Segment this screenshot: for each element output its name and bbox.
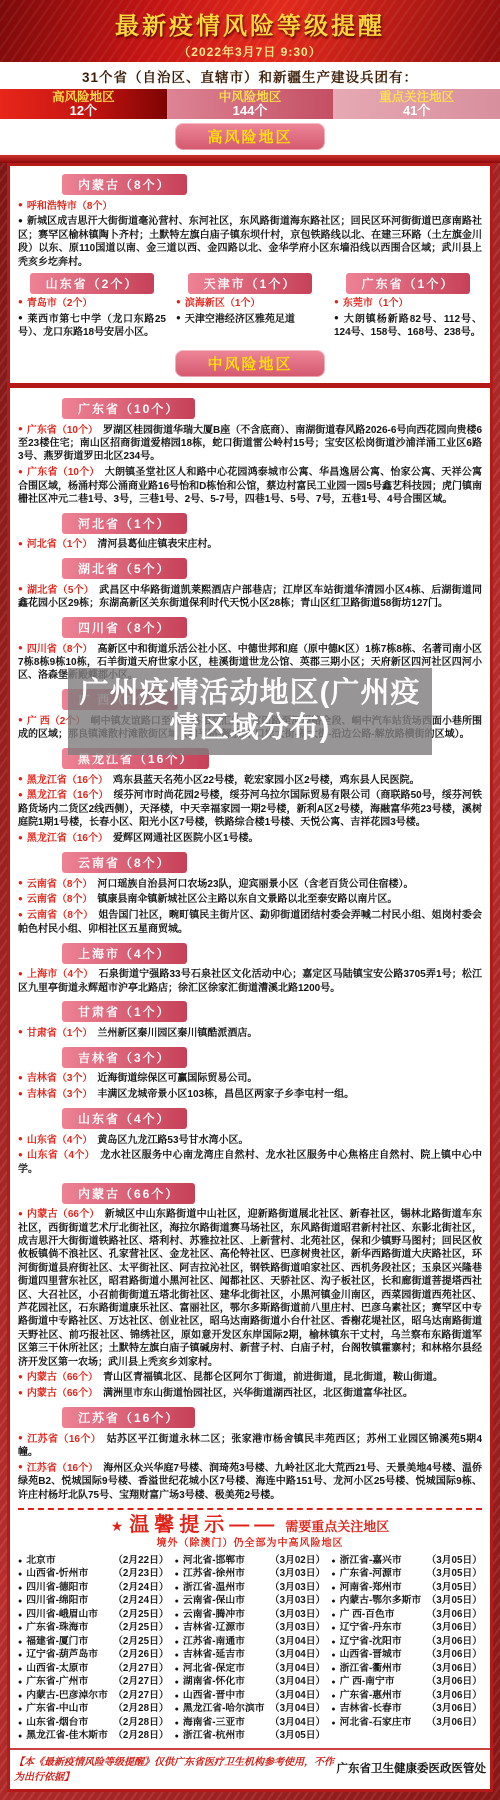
notice-entry: ● 北京市 （2月22日） — [18, 1554, 169, 1568]
notice-entry: ● 河北省-邯郸市 （3月02日） — [175, 1554, 326, 1568]
notice-region: 四川省-峨眉山市 — [26, 1608, 98, 1622]
notice-title: 温馨提示—— — [129, 1514, 279, 1536]
city-list: ●甘肃省（1个） 兰州新区秦川园区秦川镇酷派酒店。 — [18, 1027, 482, 1040]
city-list: ●上海市（4个） 石泉街道宁强路33号石泉社区文化活动中心；嘉定区马陆镇宝安公路… — [18, 968, 482, 995]
notice-date: （3月06日） — [426, 1648, 482, 1662]
city-detail-line: ●大朗镇杨新路82号、112号、124号、158号、168号、238号。 — [334, 313, 482, 340]
notice-region: 广东省-珠海市 — [26, 1621, 88, 1635]
notice-region: 四川省-绵阳市 — [26, 1594, 88, 1608]
bullet-icon: ● — [331, 1557, 335, 1567]
province-section: 江苏省（16个） ●江苏省（16个） 姑苏区平江街道永林二区；张家港市杨舍镇民丰… — [18, 1403, 482, 1502]
notice-entry: ● 河北省-保定市 （3月04日） — [175, 1662, 326, 1676]
poster-header: 最新疫情风险等级提醒 （2022年3月7日 9:30） — [0, 0, 500, 62]
notice-region: 广东省-中山市 — [26, 1702, 88, 1716]
city-entry: ●湖北省（5个） 武昌区中华路街道凯莱熙酒店户部巷店；江岸区车站街道华清园小区4… — [18, 584, 482, 611]
city-list: ●湖北省（5个） 武昌区中华路街道凯莱熙酒店户部巷店；江岸区车站街道华清园小区4… — [18, 584, 482, 611]
notice-entry: ● 浙江省-杭州市 （3月05日） — [175, 1729, 326, 1743]
notice-entry: ● 山西省-晋城市 （3月06日） — [331, 1648, 482, 1662]
province-section: 黑龙江省（16个） ●黑龙江省（16个） 鸡东县蓝天名苑小区22号楼，乾宏家园小… — [18, 744, 482, 845]
city-entry: ●吉林省（3个） 近海街道综保区可赢国际贸易公司。 — [18, 1072, 482, 1085]
city-name: 云南省（8个） — [27, 894, 88, 905]
notice-region: 山西省-太原市 — [26, 1662, 88, 1676]
notice-section: ★温馨提示——需要重点关注地区 境外（除澳门）仍全部为中高风险地区 ● 北京市 … — [18, 1508, 482, 1743]
city-name: 吉林省（3个） — [27, 1073, 88, 1084]
city-entry: ●内蒙古（66个） 新城区中山东路街道中山社区，迎新路街道展北社区、新春社区，锡… — [18, 1208, 482, 1369]
bullet-icon: ● — [175, 1678, 179, 1688]
high-risk-columns: 山东省（2个） ●青岛市（2个） ●莱西市第七中学（龙口东路25号）、龙口东路1… — [18, 273, 482, 342]
bullet-icon: ● — [18, 833, 23, 842]
notice-region: 海南省-三亚市 — [183, 1716, 245, 1730]
bullet-icon: ● — [175, 1557, 179, 1567]
bullet-icon: ● — [18, 1611, 22, 1621]
bullet-icon: ● — [18, 790, 23, 799]
bullet-icon: ● — [18, 1597, 22, 1607]
notice-entry: ● 广 西-南宁市 （3月06日） — [331, 1675, 482, 1689]
notice-date: （3月05日） — [426, 1594, 482, 1608]
bullet-icon: ● — [331, 1584, 335, 1594]
city-detail-line: ●新城区成吉思汗大街街道毫沁营村、东河社区，东风路街道海东路社区；回民区环河街街… — [18, 215, 482, 269]
bullet-icon: ● — [334, 313, 340, 322]
notice-date: （3月04日） — [270, 1702, 326, 1716]
bullet-icon: ● — [18, 1705, 22, 1715]
bullet-icon: ● — [175, 1638, 179, 1648]
bullet-icon: ● — [18, 1584, 22, 1594]
bullet-icon: ● — [18, 1134, 23, 1143]
province-header: 江苏省（16个） — [62, 1407, 195, 1428]
notice-region: 黑龙江省-佳木斯市 — [26, 1729, 108, 1743]
notice-date: （3月05日） — [426, 1567, 482, 1581]
poster-date: （2022年3月7日 9:30） — [0, 43, 500, 60]
high-risk-column: 天津市（1个） ●滨海新区（1个） ●天津空港经济区雅苑足道 — [176, 273, 324, 342]
notice-entry: ● 河北省-石家庄市 （3月06日） — [331, 1716, 482, 1730]
bullet-icon: ● — [18, 1624, 22, 1634]
city-detail: 黄岛区九龙江路53号甘水湾小区。 — [97, 1135, 248, 1146]
city-name: 呼和浩特市（8个） — [27, 201, 113, 212]
notice-column: ● 浙江省-嘉兴市 （3月05日） ● 广东省-河源市 （3月05日） ● 河南… — [331, 1554, 482, 1743]
bullet-icon: ● — [18, 1638, 22, 1648]
stat-label: 重点关注地区 — [379, 91, 454, 104]
city-detail: 大朗镇杨新路82号、112号、124号、158号、168号、238号。 — [334, 314, 482, 338]
city-list: ●云南省（8个） 河口瑶族自治县河口农场23队，迎宾丽景小区（含老百货公司住宿楼… — [18, 878, 482, 937]
notice-region: 辽宁省-沈阳市 — [340, 1635, 402, 1649]
footer-org: 广东省卫生健康委医政医管处 — [337, 1760, 487, 1776]
bullet-icon: ● — [18, 1073, 23, 1082]
notice-region: 内蒙古-巴彦淖尔市 — [26, 1689, 108, 1703]
city-detail: 满洲里市东山街道怡园社区，兴华街道湖西社区，北区街道富华社区。 — [103, 1388, 413, 1399]
city-list: ●江苏省（16个） 姑苏区平江街道永林二区；张家港市杨舍镇民丰苑西区；苏州工业园… — [18, 1433, 482, 1502]
notice-region: 湖南省-怀化市 — [183, 1675, 245, 1689]
city-entry: ●甘肃省（1个） 兰州新区秦川园区秦川镇酷派酒店。 — [18, 1027, 482, 1040]
notice-date: （2月27日） — [113, 1689, 169, 1703]
notice-date: （3月02日） — [270, 1554, 326, 1568]
province-header: 山东省（2个） — [30, 273, 155, 294]
province-header: 甘肃省（1个） — [62, 1001, 187, 1022]
notice-date: （3月04日） — [270, 1675, 326, 1689]
notice-entry: ● 黑龙江省-哈尔滨市 （3月04日） — [175, 1702, 326, 1716]
notice-region: 云南省-保山市 — [183, 1594, 245, 1608]
city-name: 滨海新区（1个） — [185, 298, 261, 309]
city-list: ●内蒙古（66个） 新城区中山东路街道中山社区，迎新路街道展北社区、新春社区，锡… — [18, 1208, 482, 1400]
notice-date: （2月25日） — [113, 1608, 169, 1622]
city-name: 四川省（8个） — [27, 644, 88, 655]
notice-date: （2月28日） — [113, 1702, 169, 1716]
city-entry: ●内蒙古（66个） 满洲里市东山街道怡园社区，兴华街道湖西社区，北区街道富华社区… — [18, 1387, 482, 1400]
bullet-icon: ● — [331, 1705, 335, 1715]
province-header: 天津市（1个） — [188, 273, 313, 294]
notice-region: 广 西-南宁市 — [340, 1675, 395, 1689]
bullet-icon: ● — [18, 1570, 22, 1580]
province-name: 吉林省（3个） — [78, 1051, 171, 1065]
notice-entry: ● 江苏省-南通市 （3月04日） — [175, 1635, 326, 1649]
province-header: 云南省（8个） — [62, 852, 187, 873]
city-name: 云南省（8个） — [27, 879, 88, 890]
bullet-icon: ● — [334, 297, 339, 306]
bullet-icon: ● — [175, 1692, 179, 1702]
city-detail: 河口瑶族自治县河口农场23队，迎宾丽景小区（含老百货公司住宿楼）。 — [97, 879, 413, 890]
poster-title: 最新疫情风险等级提醒 — [0, 6, 500, 41]
city-list: ●吉林省（3个） 近海街道综保区可赢国际贸易公司。 ●吉林省（3个） 丰满区龙城… — [18, 1072, 482, 1101]
notice-region: 江苏省-徐州市 — [183, 1567, 245, 1581]
province-name: 四川省（8个） — [78, 621, 171, 635]
bullet-icon: ● — [18, 1388, 23, 1397]
bullet-icon: ● — [175, 1611, 179, 1621]
notice-header: ★温馨提示——需要重点关注地区 境外（除澳门）仍全部为中高风险地区 — [18, 1514, 482, 1550]
notice-entry: ● 广 西-百色市 （3月06日） — [331, 1608, 482, 1622]
stat-medium-risk: 中风险地区 144个 — [167, 89, 334, 119]
notice-column: ● 河北省-邯郸市 （3月02日） ● 江苏省-徐州市 （3月03日） ● 浙江… — [175, 1554, 326, 1743]
notice-date: （3月06日） — [426, 1716, 482, 1730]
province-name: 河北省（1个） — [78, 517, 171, 531]
city-list: ●山东省（4个） 黄岛区九龙江路53号甘水湾小区。 ●山东省（4个） 龙水社区服… — [18, 1134, 482, 1177]
province-name: 天津市（1个） — [204, 277, 297, 291]
notice-region: 河北省-邯郸市 — [183, 1554, 245, 1568]
bullet-icon: ● — [175, 1651, 179, 1661]
notice-rows: ● 河北省-邯郸市 （3月02日） ● 江苏省-徐州市 （3月03日） ● 浙江… — [175, 1554, 326, 1743]
notice-region: 广东省-河源市 — [340, 1567, 402, 1581]
notice-region: 黑龙江省-哈尔滨市 — [183, 1702, 265, 1716]
notice-entry: ● 山西省-忻州市 （2月23日） — [18, 1567, 169, 1581]
province-name: 广东省（10个） — [78, 402, 179, 416]
notice-rows: ● 浙江省-嘉兴市 （3月05日） ● 广东省-河源市 （3月05日） ● 河南… — [331, 1554, 482, 1730]
bullet-icon: ● — [18, 216, 23, 225]
bullet-icon: ● — [331, 1611, 335, 1621]
notice-date: （2月24日） — [113, 1594, 169, 1608]
notice-date: （2月28日） — [113, 1716, 169, 1730]
city-entry: ●江苏省（16个） 海州区众兴华庭7号楼、润琦苑3号楼、九岭社区北大荒西21号、… — [18, 1462, 482, 1502]
province-name: 山东省（2个） — [46, 277, 139, 291]
city-detail: 新城区成吉思汗大街街道毫沁营村、东河社区，东风路街道海东路社区；回民区环河街街道… — [18, 216, 482, 267]
province-section: 上海市（4个） ●上海市（4个） 石泉街道宁强路33号石泉社区文化活动中心；嘉定… — [18, 939, 482, 995]
city-name: 云南省（8个） — [27, 910, 88, 921]
bullet-icon: ● — [176, 297, 181, 306]
city-list: ●黑龙江省（16个） 鸡东县蓝天名苑小区22号楼，乾宏家园小区2号楼，鸡东县人民… — [18, 774, 482, 846]
bullet-icon: ● — [18, 467, 23, 476]
bullet-icon: ● — [175, 1719, 179, 1729]
bullet-icon: ● — [331, 1624, 335, 1634]
province-name: 内蒙古（66个） — [78, 1187, 179, 1201]
notice-entry: ● 广东省-河源市 （3月05日） — [331, 1567, 482, 1581]
notice-region: 山东省-烟台市 — [26, 1716, 88, 1730]
city-name: 内蒙古（66个） — [27, 1372, 93, 1383]
stat-key-focus: 重点关注地区 41个 — [333, 89, 500, 119]
notice-grid: ● 北京市 （2月22日） ● 山西省-忻州市 （2月23日） ● 四川省-德阳… — [18, 1554, 482, 1743]
notice-entry: ● 四川省-峨眉山市 （2月25日） — [18, 1608, 169, 1622]
notice-date: （3月04日） — [270, 1662, 326, 1676]
city-entry: ●黑龙江省（16个） 爱辉区网通社区医院小区1号楼。 — [18, 832, 482, 845]
notice-date: （2月27日） — [113, 1662, 169, 1676]
notice-subtitle: 需要重点关注地区 — [285, 1519, 389, 1534]
province-name: 云南省（8个） — [78, 856, 171, 870]
stat-label: 高风险地区 — [52, 91, 115, 104]
city-entry: ●呼和浩特市（8个） — [18, 200, 482, 213]
city-entry: ●上海市（4个） 石泉街道宁强路33号石泉社区文化活动中心；嘉定区马陆镇宝安公路… — [18, 968, 482, 995]
city-name: 吉林省（3个） — [27, 1089, 88, 1100]
city-detail: 鸡东县蓝天名苑小区22号楼，乾宏家园小区2号楼，鸡东县人民医院。 — [113, 775, 420, 786]
notice-region: 山西省-晋城市 — [340, 1648, 402, 1662]
province-header: 上海市（4个） — [62, 943, 187, 964]
notice-entry: ● 广东省-惠州市 （3月06日） — [331, 1689, 482, 1703]
notice-region: 辽宁省-丹东市 — [340, 1621, 402, 1635]
city-detail: 青山区青福镇北区、昆都仑区阿尔丁街道，前进街道，昆北街道，鞍山街道。 — [103, 1372, 443, 1383]
notice-date: （2月24日） — [113, 1581, 169, 1595]
city-entry: ●云南省（8个） 姐告国门社区，畹町镇民主街片区、勐卯街道团结村委会弄喊二村民小… — [18, 909, 482, 936]
notice-entry: ● 广东省-广州市 （2月27日） — [18, 1675, 169, 1689]
notice-region: 山西省-忻州市 — [26, 1567, 88, 1581]
notice-date: （2月28日） — [113, 1729, 169, 1743]
city-detail: 爱辉区网通社区医院小区1号楼。 — [113, 833, 259, 844]
notice-entry: ● 山西省-晋中市 （3月04日） — [175, 1689, 326, 1703]
bullet-icon: ● — [18, 297, 23, 306]
notice-entry: ● 内蒙古-鄂尔多斯市 （3月05日） — [331, 1594, 482, 1608]
city-detail: 清河县葛仙庄镇表宋庄村。 — [97, 539, 217, 550]
city-entry: ●云南省（8个） 镇康县南伞镇新城社区公主路以东自文景路以北至泰安路以南片区。 — [18, 893, 482, 906]
city-entry: ●广东省（10个） 大朗镇圣堂社区人和路中心花园鸿泰城市公寓、华昌逸居公寓、怡家… — [18, 466, 482, 506]
city-detail: 丰满区龙城帝景小区103栋，昌邑区两家子乡李屯村一组。 — [97, 1089, 354, 1100]
notice-entry: ● 湖南省-怀化市 （3月04日） — [175, 1675, 326, 1689]
province-name: 湖北省（5个） — [78, 562, 171, 576]
notice-region: 辽宁省-葫芦岛市 — [26, 1648, 98, 1662]
province-name: 甘肃省（1个） — [78, 1005, 171, 1019]
city-entry: ●青岛市（2个） — [18, 297, 166, 310]
high-risk-section-pill: 高风险地区 — [175, 123, 324, 150]
notice-entry: ● 吉林省-长春市 （3月06日） — [331, 1702, 482, 1716]
province-section: 广东省（10个） ●广东省（10个） 罗湖区桂园街道华瑞大厦B座（不含底商）、南… — [18, 394, 482, 506]
bullet-icon: ● — [18, 715, 23, 724]
notice-region: 吉林省-辽源市 — [183, 1621, 245, 1635]
bullet-icon: ● — [175, 1584, 179, 1594]
province-name: 广东省（1个） — [362, 277, 455, 291]
bullet-icon: ● — [18, 643, 23, 652]
notice-date: （3月06日） — [426, 1675, 482, 1689]
star-icon: ★ — [111, 1518, 124, 1534]
stat-count: 144个 — [233, 104, 268, 118]
bullet-icon: ● — [331, 1597, 335, 1607]
notice-date: （2月25日） — [113, 1621, 169, 1635]
notice-region: 山西省-晋中市 — [183, 1689, 245, 1703]
city-detail-line: ●莱西市第七中学（龙口东路25号）、龙口东路18号安居小区。 — [18, 313, 166, 340]
bullet-icon: ● — [18, 539, 23, 548]
notice-entry: ● 福建省-厦门市 （2月25日） — [18, 1635, 169, 1649]
bullet-icon: ● — [18, 1557, 22, 1567]
bullet-icon: ● — [175, 1665, 179, 1675]
bullet-icon: ● — [18, 1372, 23, 1381]
notice-entry: ● 海南省-三亚市 （3月04日） — [175, 1716, 326, 1730]
notice-entry: ● 辽宁省-丹东市 （3月06日） — [331, 1621, 482, 1635]
notice-entry: ● 内蒙古-巴彦淖尔市 （2月27日） — [18, 1689, 169, 1703]
notice-entry: ● 云南省-腾冲市 （3月03日） — [175, 1608, 326, 1622]
city-entry: ●内蒙古（66个） 青山区青福镇北区、昆都仑区阿尔丁街道，前进街道，昆北街道，鞍… — [18, 1371, 482, 1384]
notice-entry: ● 广东省-珠海市 （2月25日） — [18, 1621, 169, 1635]
bullet-icon: ● — [18, 774, 23, 783]
stats-row: 高风险地区 12个 中风险地区 144个 重点关注地区 41个 — [0, 89, 500, 119]
province-header: 内蒙古（66个） — [62, 1183, 195, 1204]
bullet-icon: ● — [175, 1624, 179, 1634]
bullet-icon: ● — [18, 894, 23, 903]
city-detail: 镇康县南伞镇新城社区公主路以东自文景路以北至泰安路以南片区。 — [97, 894, 397, 905]
bullet-icon: ● — [18, 1732, 22, 1742]
notice-date: （3月03日） — [270, 1581, 326, 1595]
bullet-icon: ● — [18, 200, 23, 209]
province-header: 吉林省（3个） — [62, 1047, 187, 1068]
city-name: 广东省（10个） — [27, 425, 93, 436]
notice-entry: ● 河南省-郑州市 （3月05日） — [331, 1581, 482, 1595]
bullet-icon: ● — [18, 1462, 23, 1471]
city-name: 青岛市（2个） — [27, 298, 93, 309]
province-section: 内蒙古（66个） ●内蒙古（66个） 新城区中山东路街道中山社区，迎新路街道展北… — [18, 1179, 482, 1401]
notice-region: 广东省-惠州市 — [340, 1689, 402, 1703]
notice-date: （3月06日） — [426, 1662, 482, 1676]
city-entry: ●滨海新区（1个） — [176, 297, 324, 310]
city-name: 黑龙江省（16个） — [27, 775, 103, 786]
city-detail-line: ●天津空港经济区雅苑足道 — [176, 313, 324, 326]
notice-date: （3月06日） — [426, 1608, 482, 1622]
notice-region: 浙江省-衢州市 — [340, 1662, 402, 1676]
notice-date: （2月22日） — [113, 1554, 169, 1568]
bullet-icon: ● — [331, 1651, 335, 1661]
notice-region: 北京市 — [26, 1554, 55, 1568]
city-name: 河北省（1个） — [27, 539, 88, 550]
bullet-icon: ● — [18, 969, 23, 978]
notice-entry: ● 山东省-烟台市 （2月28日） — [18, 1716, 169, 1730]
province-header: 四川省（8个） — [62, 617, 187, 638]
notice-date: （3月06日） — [426, 1689, 482, 1703]
notice-entry: ● 辽宁省-沈阳市 （3月06日） — [331, 1635, 482, 1649]
city-detail: 莱西市第七中学（龙口东路25号）、龙口东路18号安居小区。 — [18, 314, 166, 338]
bullet-icon: ● — [18, 313, 23, 322]
city-detail: 姐告国门社区，畹町镇民主街片区、勐卯街道团结村委会弄喊二村民小组、姐岗村委会帕色… — [18, 910, 482, 934]
city-name: 内蒙古（66个） — [27, 1388, 93, 1399]
province-header: 内蒙古（8个） — [62, 174, 187, 195]
notice-date: （3月03日） — [270, 1621, 326, 1635]
notice-entry: ● 广东省-中山市 （2月28日） — [18, 1702, 169, 1716]
bullet-icon: ● — [18, 424, 23, 433]
city-entry: ●江苏省（16个） 姑苏区平江街道永林二区；张家港市杨舍镇民丰苑西区；苏州工业园… — [18, 1433, 482, 1460]
medium-risk-provinces: 广东省（10个） ●广东省（10个） 罗湖区桂园街道华瑞大厦B座（不含底商）、南… — [18, 394, 482, 1502]
notice-note: 境外（除澳门）仍全部为中高风险地区 — [18, 1538, 482, 1550]
bullet-icon: ● — [331, 1665, 335, 1675]
notice-date: （3月03日） — [270, 1608, 326, 1622]
bullet-icon: ● — [18, 910, 23, 919]
footer-disclaimer: 【本《最新疫情风险等级提醒》仅供广东省医疗卫生机构参考使用，不作为出行依据】 — [14, 1753, 335, 1783]
notice-date: （3月05日） — [426, 1554, 482, 1568]
notice-date: （3月06日） — [426, 1702, 482, 1716]
city-list: ●河北省（1个） 清河县葛仙庄镇表宋庄村。 — [18, 538, 482, 551]
notice-entry: ● 四川省-德阳市 （2月24日） — [18, 1581, 169, 1595]
city-name: 江苏省（16个） — [27, 1434, 96, 1445]
bullet-icon: ● — [331, 1570, 335, 1580]
bullet-icon: ● — [331, 1638, 335, 1648]
notice-date: （3月04日） — [270, 1689, 326, 1703]
city-name: 上海市（4个） — [27, 969, 88, 980]
bullet-icon: ● — [175, 1732, 179, 1742]
bullet-icon: ● — [18, 1209, 23, 1218]
province-header: 湖北省（5个） — [62, 558, 187, 579]
notice-date: （3月04日） — [270, 1716, 326, 1730]
bullet-icon: ● — [18, 584, 23, 593]
notice-date: （3月06日） — [426, 1635, 482, 1649]
province-name: 上海市（4个） — [78, 947, 171, 961]
city-detail: 天津空港经济区雅苑足道 — [185, 314, 295, 325]
stat-count: 12个 — [70, 104, 97, 118]
content-board: 内蒙古（8个） ●呼和浩特市（8个） ●新城区成吉思汗大街街道毫沁营村、东河社区… — [7, 163, 493, 1792]
bullet-icon: ● — [175, 1597, 179, 1607]
notice-region: 浙江省-杭州市 — [183, 1729, 245, 1743]
notice-rows: ● 北京市 （2月22日） ● 山西省-忻州市 （2月23日） ● 四川省-德阳… — [18, 1554, 169, 1743]
city-name: 广东省（10个） — [27, 467, 95, 478]
notice-region: 河北省-保定市 — [183, 1662, 245, 1676]
city-name: 湖北省（5个） — [27, 585, 89, 596]
notice-entry: ● 江苏省-徐州市 （3月03日） — [175, 1567, 326, 1581]
bullet-icon: ● — [18, 1678, 22, 1688]
bullet-icon: ● — [18, 878, 23, 887]
city-name: 内蒙古（66个） — [27, 1209, 95, 1220]
province-section: 吉林省（3个） ●吉林省（3个） 近海街道综保区可赢国际贸易公司。 ●吉林省（3… — [18, 1043, 482, 1102]
city-name: 黑龙江省（16个） — [27, 790, 104, 801]
stat-high-risk: 高风险地区 12个 — [0, 89, 167, 119]
bullet-icon: ● — [331, 1719, 335, 1729]
notice-region: 福建省-厦门市 — [26, 1635, 88, 1649]
high-risk-band: 高风险地区 — [0, 119, 500, 155]
city-detail: 近海街道综保区可赢国际贸易公司。 — [97, 1073, 257, 1084]
province-section: 河北省（1个） ●河北省（1个） 清河县葛仙庄镇表宋庄村。 — [18, 509, 482, 552]
city-entry: ●广东省（10个） 罗湖区桂园街道华瑞大厦B座（不含底商）、南湖街道春风路202… — [18, 424, 482, 464]
notice-date: （2月23日） — [113, 1567, 169, 1581]
notice-date: （2月27日） — [113, 1675, 169, 1689]
bullet-icon: ● — [331, 1692, 335, 1702]
province-header: 广东省（1个） — [346, 273, 471, 294]
city-entry: ●东莞市（1个） — [334, 297, 482, 310]
notice-date: （3月06日） — [426, 1621, 482, 1635]
watermark-overlay: 广州疫情活动地区(广州疫情区域分布) — [68, 668, 432, 755]
bullet-icon: ● — [176, 313, 181, 322]
city-entry: ●河北省（1个） 清河县葛仙庄镇表宋庄村。 — [18, 538, 482, 551]
notice-entry: ● 云南省-保山市 （3月03日） — [175, 1594, 326, 1608]
summary-line: 31个省（自治区、直辖市）和新疆生产建设兵团有： — [0, 62, 500, 89]
notice-region: 吉林省-长春市 — [340, 1702, 402, 1716]
notice-entry: ● 浙江省-嘉兴市 （3月05日） — [331, 1554, 482, 1568]
city-entry: ●黑龙江省（16个） 绥芬河市时尚花园2号楼，绥芬河乌拉尔国际贸易有限公司（商联… — [18, 789, 482, 829]
city-name: 黑龙江省（16个） — [27, 833, 103, 844]
city-entry: ●山东省（4个） 黄岛区九龙江路53号甘水湾小区。 — [18, 1134, 482, 1147]
bullet-icon: ● — [18, 1651, 22, 1661]
bullet-icon: ● — [18, 1719, 22, 1729]
epidemic-risk-poster: 最新疫情风险等级提醒 （2022年3月7日 9:30） 31个省（自治区、直辖市… — [0, 0, 500, 1800]
notice-column: ● 北京市 （2月22日） ● 山西省-忻州市 （2月23日） ● 四川省-德阳… — [18, 1554, 169, 1743]
notice-date: （3月04日） — [270, 1648, 326, 1662]
bullet-icon: ● — [18, 1665, 22, 1675]
notice-entry: ● 黑龙江省-佳木斯市 （2月28日） — [18, 1729, 169, 1743]
city-list: ●广东省（10个） 罗湖区桂园街道华瑞大厦B座（不含底商）、南湖街道春风路202… — [18, 424, 482, 507]
